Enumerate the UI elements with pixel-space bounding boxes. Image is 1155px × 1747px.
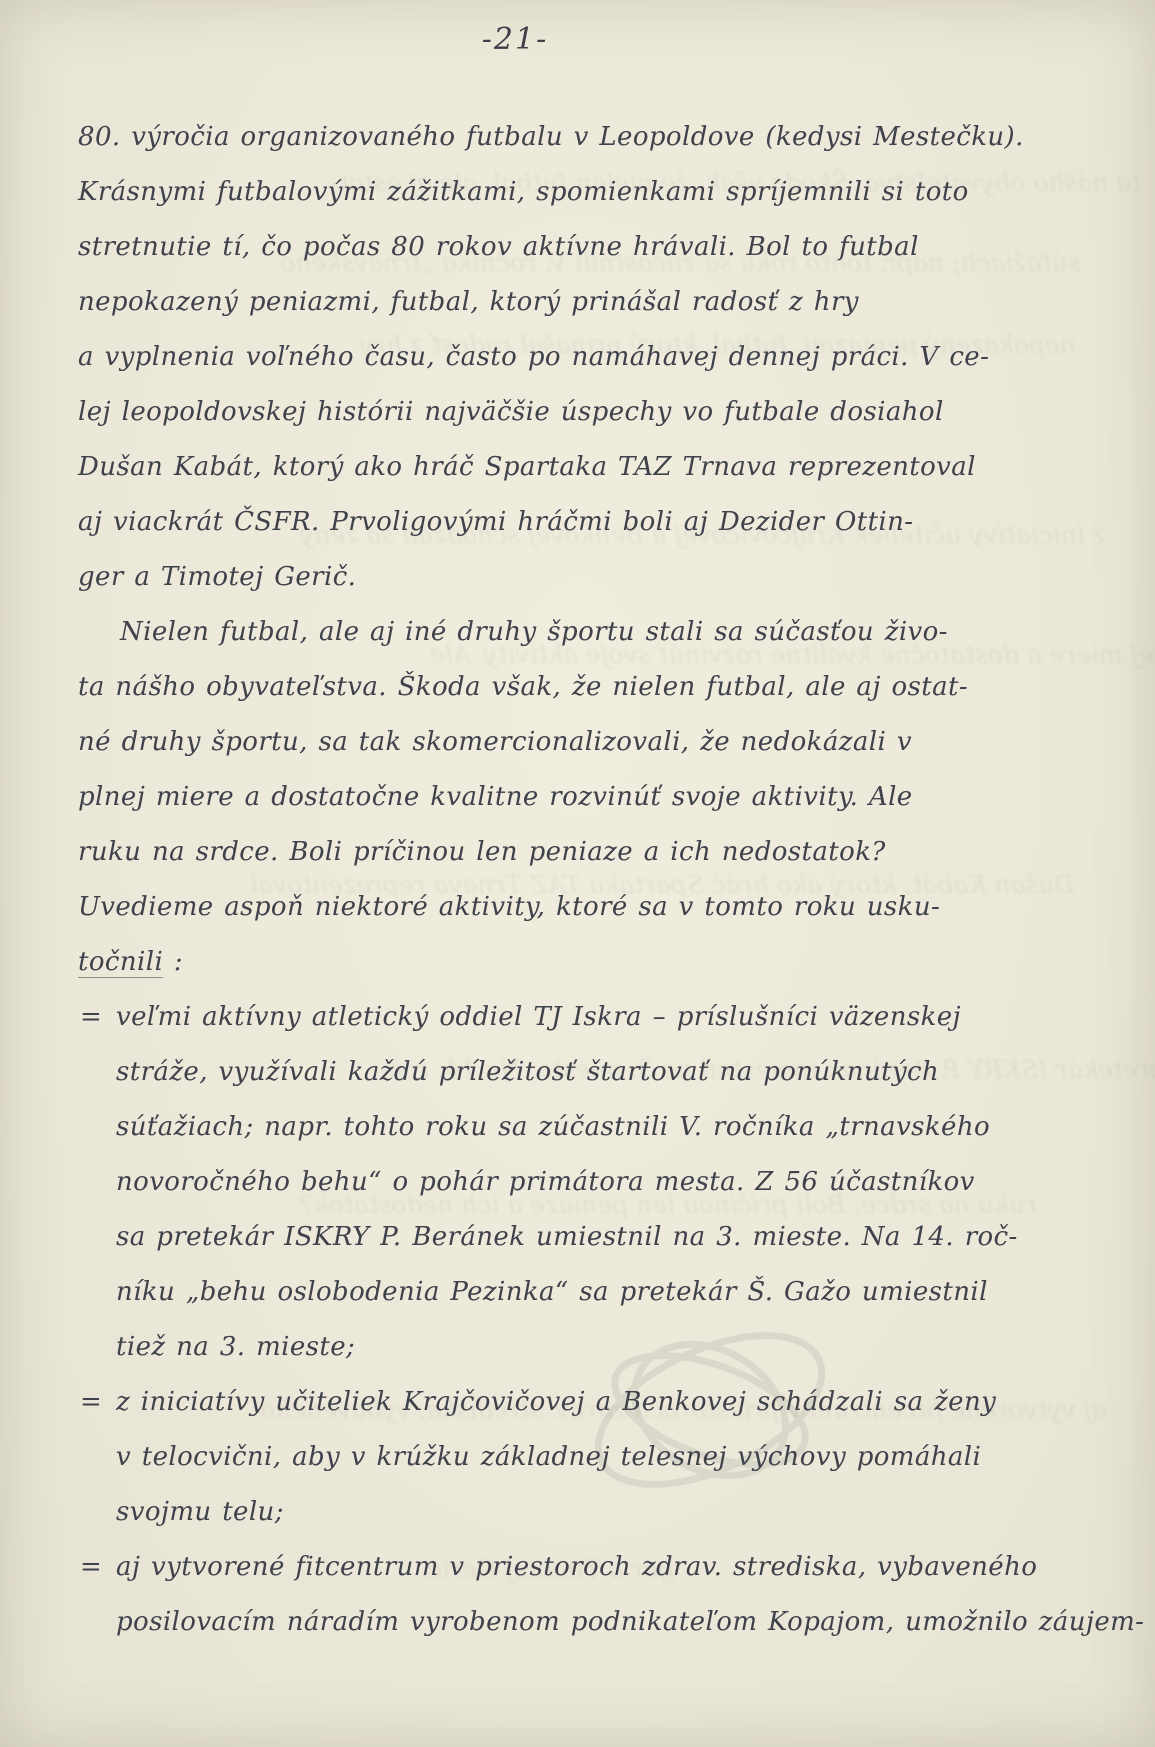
text-fragment: : (163, 947, 183, 977)
text-line: ruku na srdce. Boli príčinou len peniaze… (78, 825, 1125, 880)
text-line: súťažiach; napr. tohto roku sa zúčastnil… (78, 1100, 1125, 1155)
underlined-word: točnili (78, 947, 163, 977)
text-line: plnej miere a dostatočne kvalitne rozvin… (78, 770, 1125, 825)
bullet-first-line: =veľmi aktívny atletický oddiel TJ Iskra… (78, 990, 1125, 1045)
bullet-marker: = (80, 1375, 102, 1430)
text-line: Uvedieme aspoň niektoré aktivity, ktoré … (78, 880, 1125, 935)
text-line: a vyplnenia voľného času, často po namáh… (78, 330, 1125, 385)
handwritten-text-block: 80. výročia organizovaného futbalu v Leo… (78, 110, 1125, 1650)
text-fragment: aj vytvorené fitcentrum v priestoroch zd… (116, 1552, 1037, 1582)
text-line: nepokazený peniazmi, futbal, ktorý priná… (78, 275, 1125, 330)
text-line: stretnutie tí, čo počas 80 rokov aktívne… (78, 220, 1125, 275)
bullet-first-line: =aj vytvorené fitcentrum v priestoroch z… (78, 1540, 1125, 1595)
text-line: ta nášho obyvateľstva. Škoda však, že ni… (78, 660, 1125, 715)
page-number: -21- (0, 22, 1030, 57)
text-fragment: veľmi aktívny atletický oddiel TJ Iskra … (116, 1002, 961, 1032)
text-fragment: z iniciatívy učiteliek Krajčovičovej a B… (116, 1387, 996, 1417)
bullet-marker: = (80, 1540, 102, 1595)
text-line: lej leopoldovskej histórii najväčšie úsp… (78, 385, 1125, 440)
text-line: stráže, využívali každú príležitosť štar… (78, 1045, 1125, 1100)
text-line: né druhy športu, sa tak skomercionalizov… (78, 715, 1125, 770)
text-line: v telocvični, aby v krúžku základnej tel… (78, 1430, 1125, 1485)
text-line: posilovacím náradím vyrobenom podnikateľ… (78, 1595, 1125, 1650)
text-line: točnili : (78, 935, 1125, 990)
text-line: ger a Timotej Gerič. (78, 550, 1125, 605)
text-line: 80. výročia organizovaného futbalu v Leo… (78, 110, 1125, 165)
text-line: níku „behu oslobodenia Pezinka“ sa prete… (78, 1265, 1125, 1320)
text-line: Krásnymi futbalovými zážitkami, spomienk… (78, 165, 1125, 220)
text-line: Dušan Kabát, ktorý ako hráč Spartaka TAZ… (78, 440, 1125, 495)
text-line: tiež na 3. mieste; (78, 1320, 1125, 1375)
text-line: Nielen futbal, ale aj iné druhy športu s… (78, 605, 1125, 660)
text-line: novoročného behu“ o pohár primátora mest… (78, 1155, 1125, 1210)
bullet-first-line: =z iniciatívy učiteliek Krajčovičovej a … (78, 1375, 1125, 1430)
document-page: ta nášho obyvateľstva. Škoda však, že ni… (0, 0, 1155, 1747)
text-line: svojmu telu; (78, 1485, 1125, 1540)
text-line: sa pretekár ISKRY P. Beránek umiestnil n… (78, 1210, 1125, 1265)
text-line: aj viackrát ČSFR. Prvoligovými hráčmi bo… (78, 495, 1125, 550)
bullet-marker: = (80, 990, 102, 1045)
